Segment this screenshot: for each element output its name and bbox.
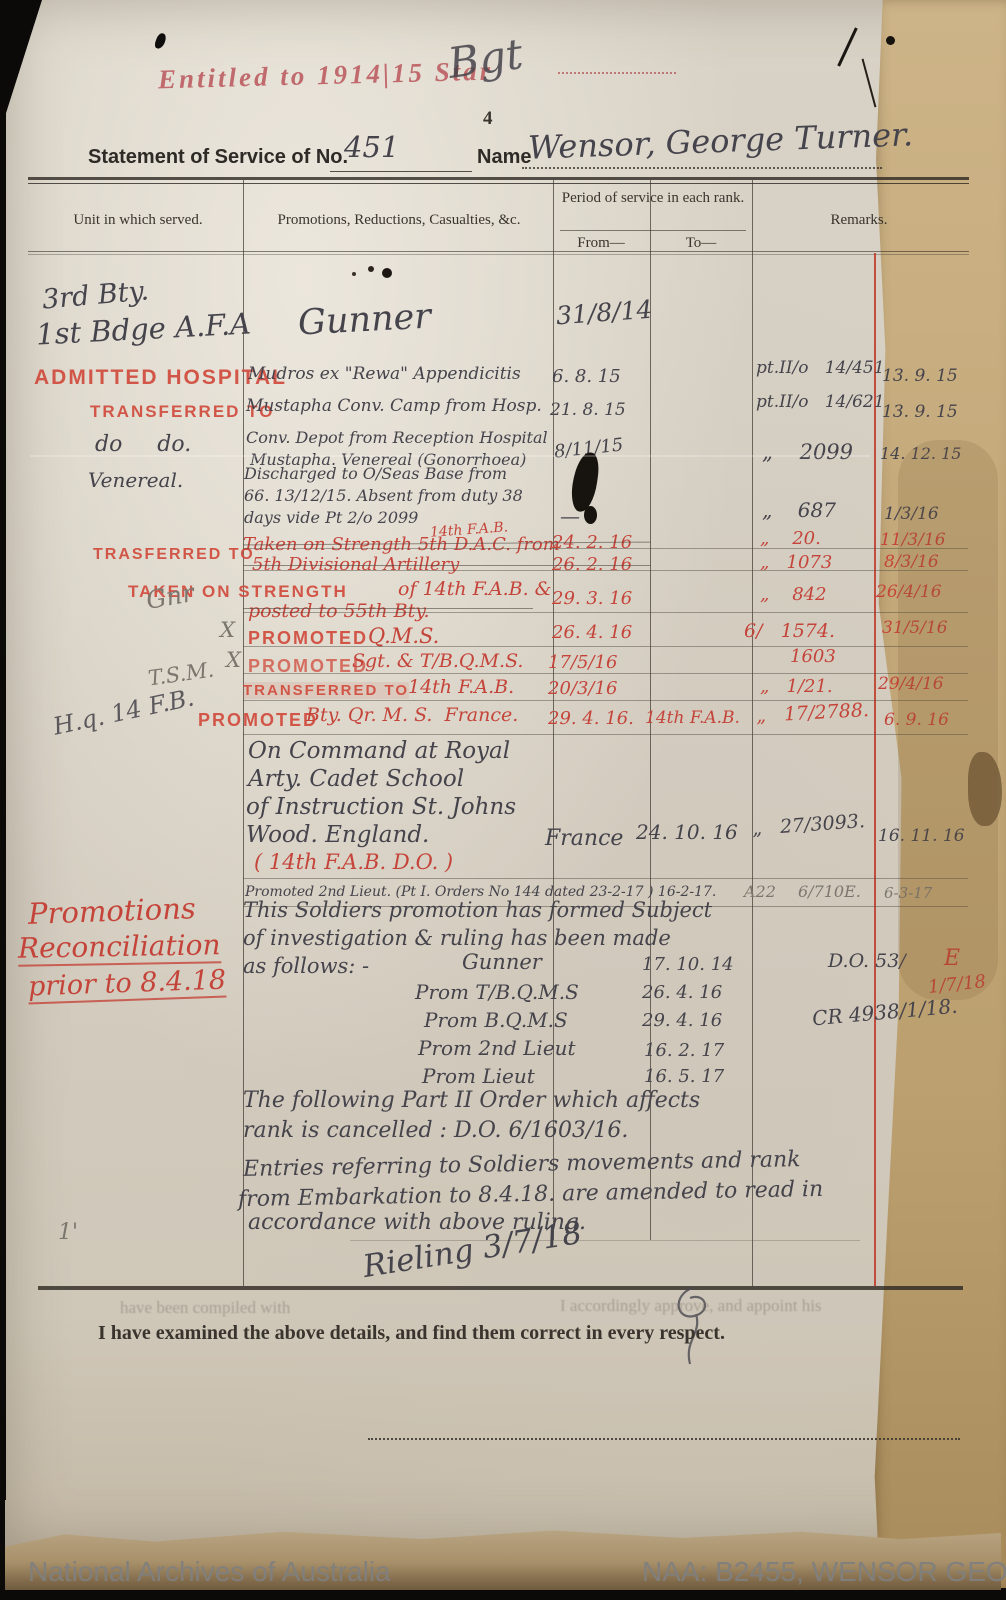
archive-watermark-reference: NAA: B2455, WENSOR GEORGE TURNER (642, 1556, 1006, 1588)
ruling-line3: as follows: - (243, 954, 369, 978)
entry-on-command-line2: Arty. Cadet School (248, 766, 464, 792)
tape-shadow-patch (898, 440, 998, 1000)
entry-on-command-line4: Wood. England. (246, 822, 429, 848)
row-line-1 (243, 548, 968, 549)
margin-promotions: Promotions (27, 891, 196, 931)
column-header-to: To— (653, 235, 749, 252)
column-header-remarks: Remarks. (756, 212, 962, 229)
date-from-14fab: 29. 3. 16 (552, 588, 632, 609)
entitled-annotation-handwriting: Bgt (445, 29, 526, 88)
service-number-underline (330, 171, 472, 172)
remark-discharged: „ 687 (762, 498, 836, 522)
column-header-promotions: Promotions, Reductions, Casualties, &c. (248, 212, 550, 229)
entry-discharged-line1: Discharged to O/Seas Base from (244, 464, 507, 483)
archive-watermark-name: National Archives of Australia (28, 1556, 391, 1588)
pencil-mark-x2: X (226, 648, 241, 672)
ruling-item-tbqms: Prom T/B.Q.M.S (415, 980, 579, 1004)
date-from-btyqms: 29. 4. 16. (548, 708, 634, 729)
scratch-mark-3 (886, 36, 895, 45)
signature-dotted-line (368, 1438, 960, 1440)
ink-blot-small (584, 506, 597, 524)
transferred-to-stamp-2: TRANSFERRED TO (243, 682, 409, 699)
ink-dot-1 (368, 266, 374, 272)
ruling-line1: This Soldiers promotion has formed Subje… (243, 898, 712, 922)
row-line-6 (243, 700, 968, 701)
statement-of-service-label: Statement of Service of No. (88, 146, 348, 169)
paper-fold-line (30, 455, 870, 457)
examined-statement: I have examined the above details, and f… (98, 1322, 725, 1345)
date-to-on-command: 24. 10. 16 (636, 820, 738, 844)
column-header-unit: Unit in which served. (35, 212, 241, 229)
entry-conv-depot-line1: Conv. Depot from Reception Hospital (246, 428, 548, 447)
ruling-line2: of investigation & ruling has been made (243, 926, 671, 950)
row-line-4 (243, 646, 968, 647)
name-dotted-underline (522, 167, 882, 169)
remark-date-mudros: 13. 9. 15 (882, 366, 958, 386)
service-number-value: 451 (344, 130, 399, 164)
ruling-date-2lt: 16. 2. 17 (644, 1040, 724, 1061)
period-underline (560, 230, 746, 231)
rank-gunner: Gunner (297, 297, 432, 344)
ink-dot-3 (352, 272, 356, 276)
entry-mustapha-camp: Mustapha Conv. Camp from Hosp. (246, 396, 542, 416)
remark-date-mustapha: 13. 9. 15 (882, 402, 958, 422)
row-line-2 (243, 570, 968, 571)
entitled-dotted-line (558, 72, 676, 74)
remark-14fab: „ 842 (760, 584, 827, 605)
trasferred-to-stamp: TRASFERRED TO (93, 546, 255, 564)
entry-qms: Q.M.S. (368, 624, 439, 648)
cancel-line2: rank is cancelled : D.O. 6/1603/16. (243, 1118, 628, 1143)
row-line-5 (243, 673, 968, 674)
scanned-service-record: Entitled to 1914|15 Star Bgt 4 Statement… (0, 0, 1006, 1600)
entry-discharged-line3: days vide Pt 2/o 2099 (244, 508, 418, 527)
date-from-qms: 26. 4. 16 (552, 622, 632, 643)
promoted-stamp-3: PROMOTED (198, 710, 318, 731)
strike-line-3 (243, 608, 533, 609)
ruling-date-bqms: 29. 4. 16 (642, 1010, 722, 1031)
date-from-on-command: France (545, 826, 623, 851)
table-top-rule (28, 177, 969, 180)
ruling-item-2lt: Prom 2nd Lieut (418, 1036, 576, 1060)
date-from-sgt: 17/5/16 (548, 652, 617, 673)
remark-mustapha: pt.II/o 14/621 (756, 392, 885, 412)
entry-posted-55th: posted to 55th Bty. (248, 600, 429, 622)
ink-dot-2 (382, 268, 392, 278)
remark-2lt-a: A22 (744, 882, 776, 901)
entry-14-fab: 14th F.A.B. (408, 676, 514, 698)
entry-bty-qms-france: Bty. Qr. M. S. France. (306, 704, 518, 726)
cancel-line1: The following Part II Order which affect… (243, 1088, 700, 1113)
table-bottom-rule (38, 1286, 963, 1290)
entry-on-command-red: ( 14th F.A.B. D.O. ) (254, 850, 453, 874)
row-line-3 (243, 612, 968, 613)
row-line-8 (243, 878, 968, 879)
unit-entry-do-do: do do. (95, 432, 191, 457)
remark-conv-depot: „ 2099 (762, 440, 853, 464)
entry-discharged-line2: 66. 13/12/15. Absent from duty 38 (244, 486, 523, 505)
remark-14fab2: „ 1/21. (760, 676, 833, 697)
margin-reconciliation: Reconciliation (18, 928, 221, 967)
date-to-btyqms: 14th F.A.B. (645, 708, 740, 728)
column-header-period: Period of service in each rank. (558, 190, 748, 207)
margin-prior-date: prior to 8.4.18 (27, 965, 226, 1005)
ruling-remark-do53: D.O. 53/ (828, 950, 906, 972)
page-number: 4 (483, 108, 493, 130)
bleed-through-text-2: I accordingly approve, and appoint his (560, 1296, 822, 1316)
table-header-separator-2 (28, 254, 969, 255)
entry-of-14-fab: of 14th F.A.B. & (398, 578, 552, 600)
table-top-rule-2 (28, 183, 969, 184)
remark-5dac: „ 20. (760, 528, 821, 549)
pencil-mark-x1: X (220, 618, 235, 642)
ruling-item-gunner: Gunner (462, 950, 542, 974)
scan-edge-left (0, 0, 6, 1500)
bleed-through-text-1: have been compiled with (120, 1298, 290, 1318)
ruling-item-lieut: Prom Lieut (422, 1064, 535, 1088)
ruling-item-bqms: Prom B.Q.M.S (424, 1008, 568, 1032)
remark-mudros: pt.II/o 14/451 (756, 358, 885, 378)
remark-sgt: 1603 (790, 646, 836, 667)
unit-entry-venereal: Venereal. (88, 468, 183, 492)
pencil-tick-mark: 1' (58, 1220, 78, 1245)
entry-on-command-line3: of Instruction St. Johns (246, 794, 516, 820)
ruling-date-tbqms: 26. 4. 16 (642, 982, 722, 1003)
row-line-7 (243, 734, 968, 735)
ruling-date-gunner: 17. 10. 14 (642, 954, 734, 975)
column-line-remarks (752, 180, 753, 1286)
entry-mudros: Mudros ex "Rewa" Appendicitis (248, 364, 521, 384)
strike-line-2 (243, 565, 651, 566)
entry-sgt-tbqms: Sgt. & T/B.Q.M.S. (352, 650, 523, 672)
date-from-mudros: 6. 8. 15 (552, 366, 621, 387)
date-from-mustapha: 21. 8. 15 (550, 400, 626, 420)
table-header-separator (28, 251, 969, 252)
date-from-14fab2: 20/3/16 (548, 678, 617, 699)
ruling-date-lieut: 16. 5. 17 (644, 1066, 724, 1087)
column-header-from: From— (556, 235, 646, 252)
name-label: Name (477, 146, 531, 169)
remark-2lt-b: 6/710E. (798, 882, 861, 901)
remark-qms: 6/ 1574. (744, 620, 835, 642)
entry-on-command-line1: On Command at Royal (248, 738, 510, 764)
